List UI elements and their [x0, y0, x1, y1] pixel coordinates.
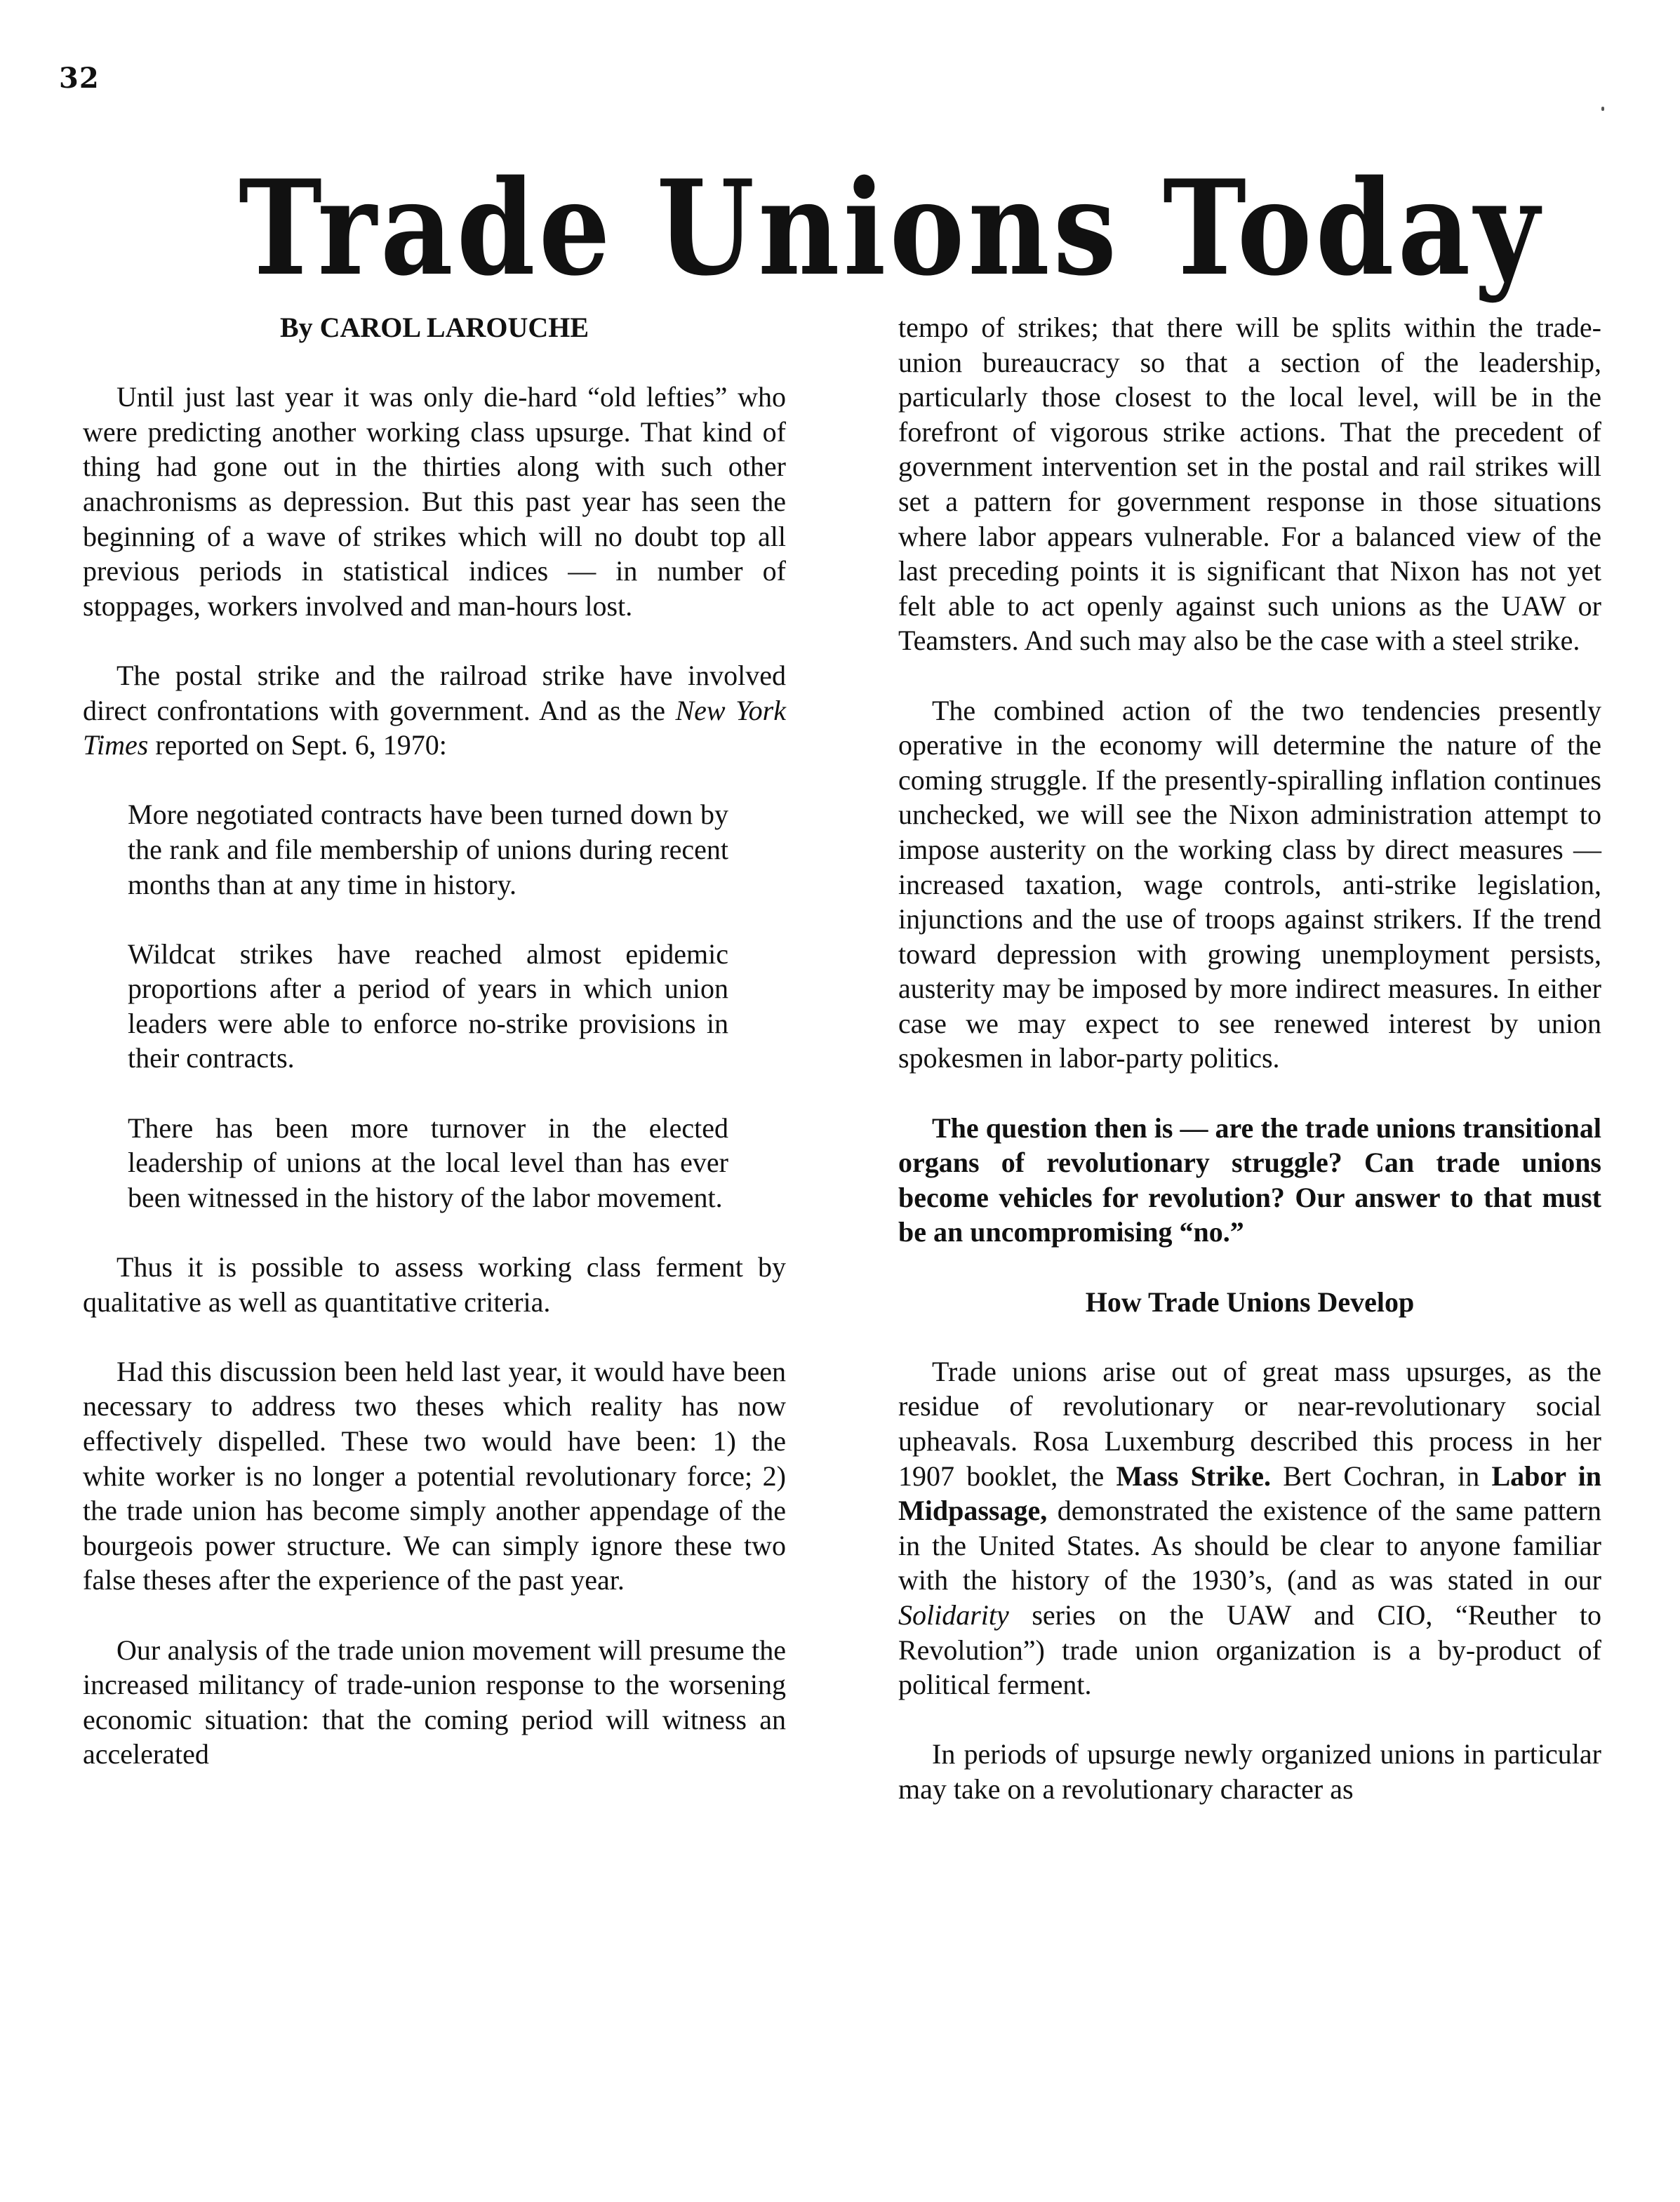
- scan-speck: [1601, 107, 1604, 111]
- block-quote: More negotiated contracts have been turn…: [128, 797, 728, 902]
- page-number: 32: [59, 62, 100, 95]
- paragraph-continued: tempo of strikes; that there will be spl…: [898, 310, 1601, 658]
- section-heading: How Trade Unions Develop: [898, 1285, 1601, 1320]
- key-question-paragraph: The question then is — are the trade uni…: [898, 1111, 1601, 1250]
- paragraph: Had this discussion been held last year,…: [83, 1354, 786, 1598]
- block-quote: Wildcat strikes have reached almost epid…: [128, 937, 728, 1076]
- block-quote: There has been more turnover in the elec…: [128, 1111, 728, 1215]
- paragraph: Until just last year it was only die-har…: [83, 380, 786, 623]
- publication-title: Solidarity: [898, 1599, 1009, 1631]
- text-run: Bert Cochran, in: [1271, 1460, 1491, 1492]
- paragraph: Our analysis of the trade union movement…: [83, 1633, 786, 1772]
- paragraph: Thus it is possible to assess working cl…: [83, 1250, 786, 1319]
- byline: By CAROL LAROUCHE: [83, 310, 786, 345]
- right-column: tempo of strikes; that there will be spl…: [898, 310, 1601, 1807]
- paragraph: Trade unions arise out of great mass ups…: [898, 1354, 1601, 1702]
- paragraph: The combined action of the two tendencie…: [898, 693, 1601, 1076]
- left-column: By CAROL LAROUCHE Until just last year i…: [83, 310, 786, 1772]
- paragraph: The postal strike and the railroad strik…: [83, 658, 786, 763]
- text-run: reported on Sept. 6, 1970:: [148, 729, 447, 761]
- book-title: Mass Strike.: [1116, 1460, 1272, 1492]
- paragraph: In periods of upsurge newly organized un…: [898, 1737, 1601, 1806]
- article-title: Trade Unions Today: [239, 158, 1265, 298]
